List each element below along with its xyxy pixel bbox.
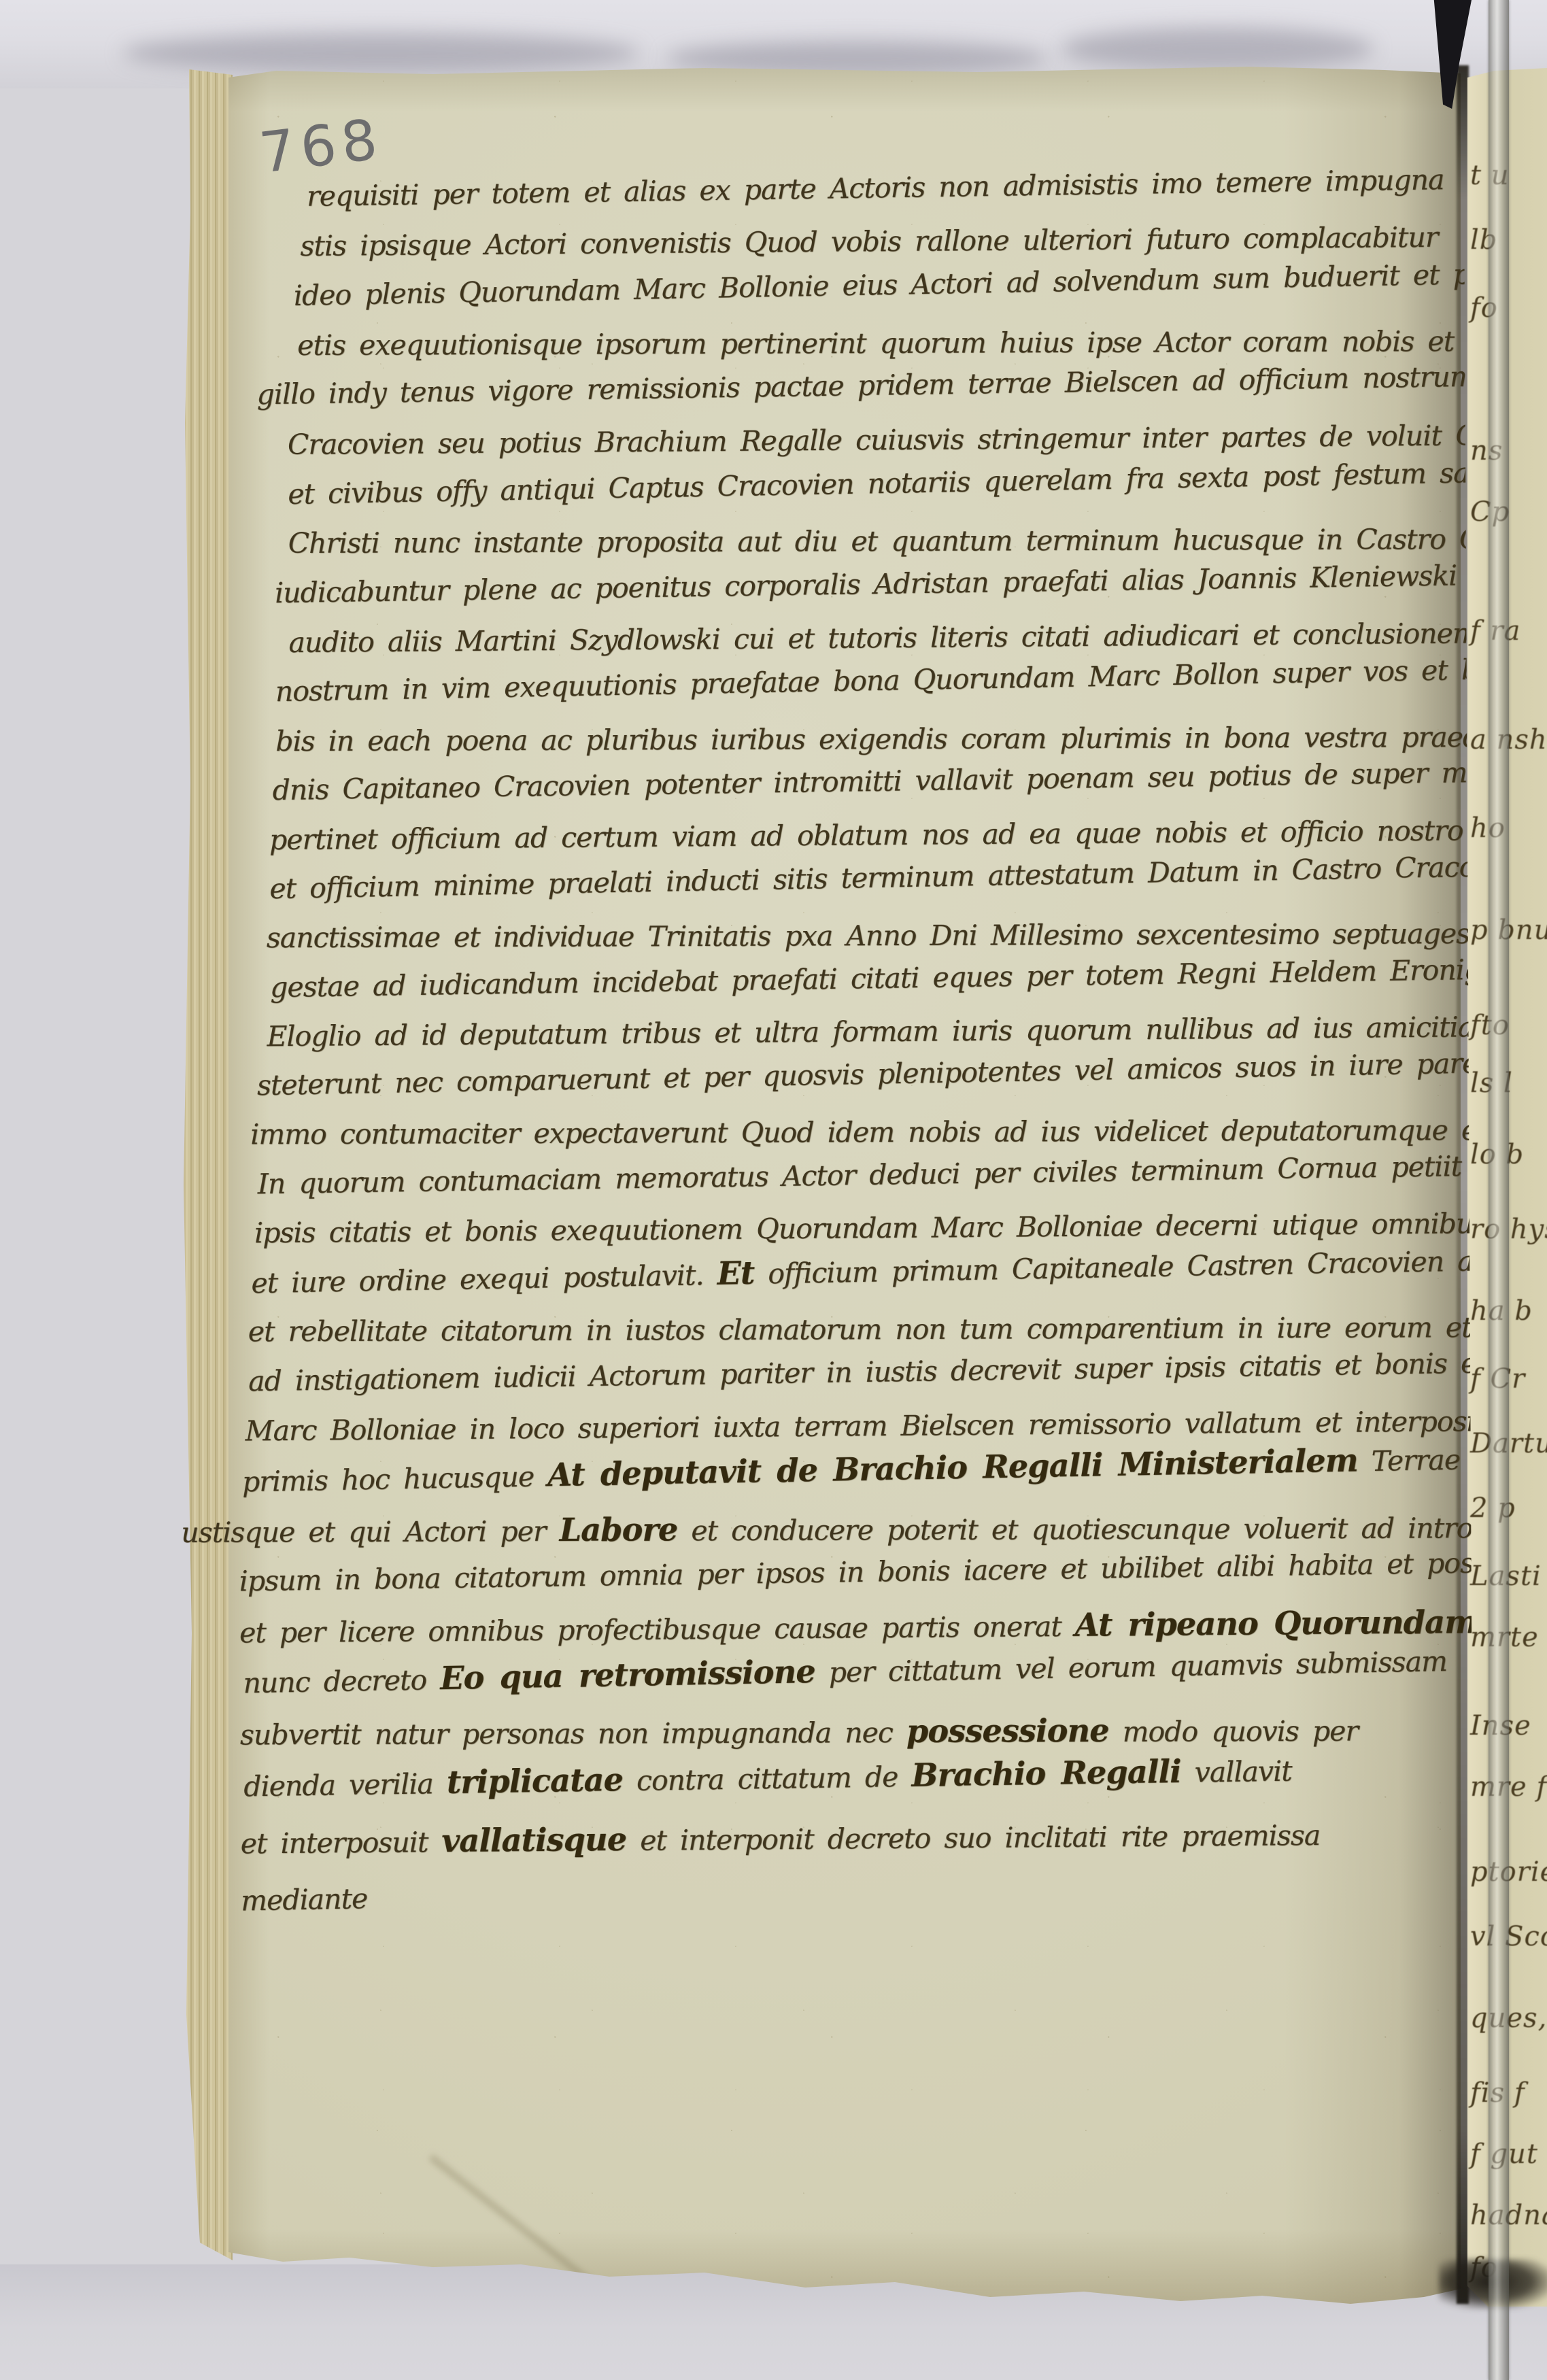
- manuscript-line: gillo indy tenus vigore remissionis pact…: [256, 356, 1475, 413]
- manuscript-text-block: requisiti per totem et alias ex parte Ac…: [170, 54, 1475, 2305]
- manuscript-line: subvertit natur personas non impugnanda …: [240, 1711, 1358, 1754]
- manuscript-line: iudicabuntur plene ac poenitus corporali…: [275, 554, 1476, 612]
- manuscript-line: bis in each poena ac pluribus iuribus ex…: [275, 717, 1475, 760]
- manuscript-line: mediante: [241, 1880, 368, 1920]
- manuscript-line: requisiti per totem et alias ex parte Ac…: [307, 160, 1444, 216]
- manuscript-line: etis exequutionisque ipsorum pertinerint…: [297, 322, 1475, 364]
- glass-rod-page-holder: [1489, 0, 1509, 2380]
- manuscript-line: et rebellitate citatorum in iustos clama…: [248, 1307, 1476, 1350]
- manuscript-line: sanctissimae et individuae Trinitatis px…: [267, 913, 1476, 957]
- manuscript-line: dienda verilia triplicatae contra cittat…: [243, 1751, 1292, 1806]
- manuscript-line: et interposuit vallatisque et interponit…: [240, 1815, 1320, 1863]
- manuscript-line: ustisque et qui Actori per Labore et con…: [181, 1508, 1475, 1552]
- manuscript-line: stis ipsisque Actori convenistis Quod vo…: [300, 218, 1438, 265]
- manuscript-line: immo contumaciter expectaverunt Quod ide…: [250, 1110, 1475, 1153]
- manuscript-line: Christi nunc instante proposita aut diu …: [288, 519, 1476, 562]
